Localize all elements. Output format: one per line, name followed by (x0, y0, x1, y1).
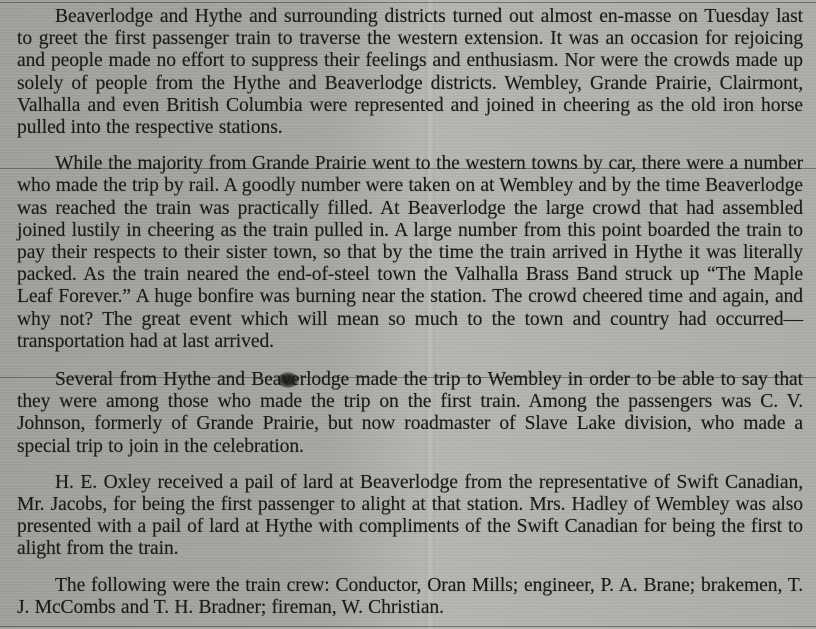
newspaper-page: Beaverlodge and Hythe and surrounding di… (0, 0, 816, 629)
news-article: Beaverlodge and Hythe and surrounding di… (17, 6, 803, 629)
article-paragraph: Several from Hythe and Beaverlodge made … (17, 369, 803, 458)
column-rule (0, 2, 816, 3)
article-paragraph: The following were the train crew: Condu… (17, 575, 803, 619)
article-paragraph: H. E. Oxley received a pail of lard at B… (17, 472, 803, 561)
article-paragraph: While the majority from Grande Prairie w… (17, 153, 803, 353)
article-paragraph: Beaverlodge and Hythe and surrounding di… (17, 6, 803, 139)
